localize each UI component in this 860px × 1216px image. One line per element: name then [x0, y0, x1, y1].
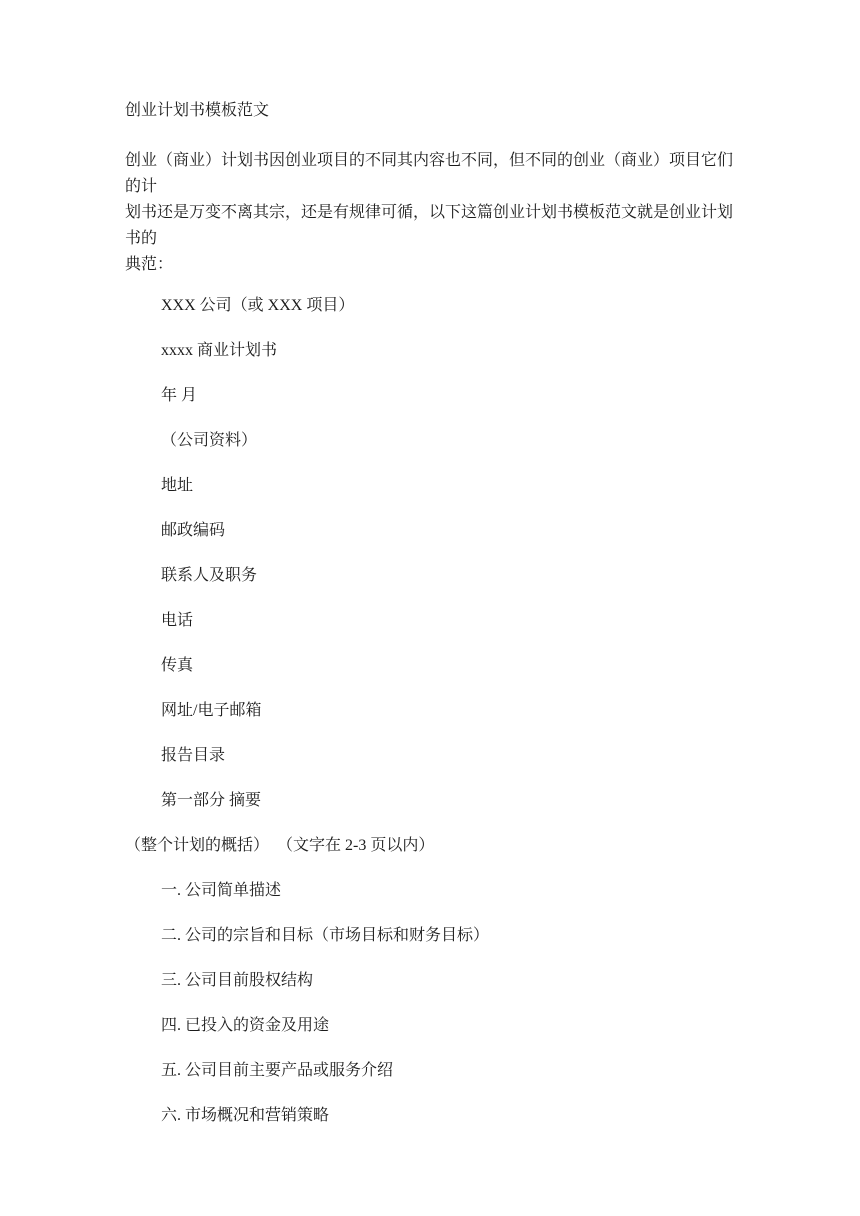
document-page: 创业计划书模板范文 创业（商业）计划书因创业项目的不同其内容也不同，但不同的创业…: [0, 0, 860, 1216]
cover-info-header: （公司资料）: [161, 431, 740, 451]
toc-item-4: 四. 已投入的资金及用途: [161, 1016, 740, 1036]
cover-field-website-email: 网址/电子邮箱: [161, 701, 740, 721]
toc-item-6: 六. 市场概况和营销策略: [161, 1106, 740, 1126]
toc-item-5: 五. 公司目前主要产品或服务介绍: [161, 1061, 740, 1081]
cover-date-line: 年 月: [161, 386, 740, 406]
cover-field-contact-person: 联系人及职务: [161, 566, 740, 586]
toc-part1-note: （整个计划的概括） （文字在 2-3 页以内）: [125, 836, 740, 856]
toc-item-2: 二. 公司的宗旨和目标（市场目标和财务目标）: [161, 926, 740, 946]
toc-item-3: 三. 公司目前股权结构: [161, 971, 740, 991]
cover-field-fax: 传真: [161, 656, 740, 676]
toc-item-1: 一. 公司简单描述: [161, 881, 740, 901]
intro-paragraph: 创业（商业）计划书因创业项目的不同其内容也不同，但不同的创业（商业）项目它们的计…: [125, 148, 740, 278]
cover-field-phone: 电话: [161, 611, 740, 631]
cover-field-address: 地址: [161, 476, 740, 496]
doc-title: 创业计划书模板范文: [125, 100, 740, 122]
toc-header: 报告目录: [161, 746, 740, 766]
cover-plan-title: xxxx 商业计划书: [161, 341, 740, 361]
cover-field-postal-code: 邮政编码: [161, 521, 740, 541]
toc-part1-heading: 第一部分 摘要: [161, 791, 740, 811]
cover-company-line: XXX 公司（或 XXX 项目）: [161, 296, 740, 316]
